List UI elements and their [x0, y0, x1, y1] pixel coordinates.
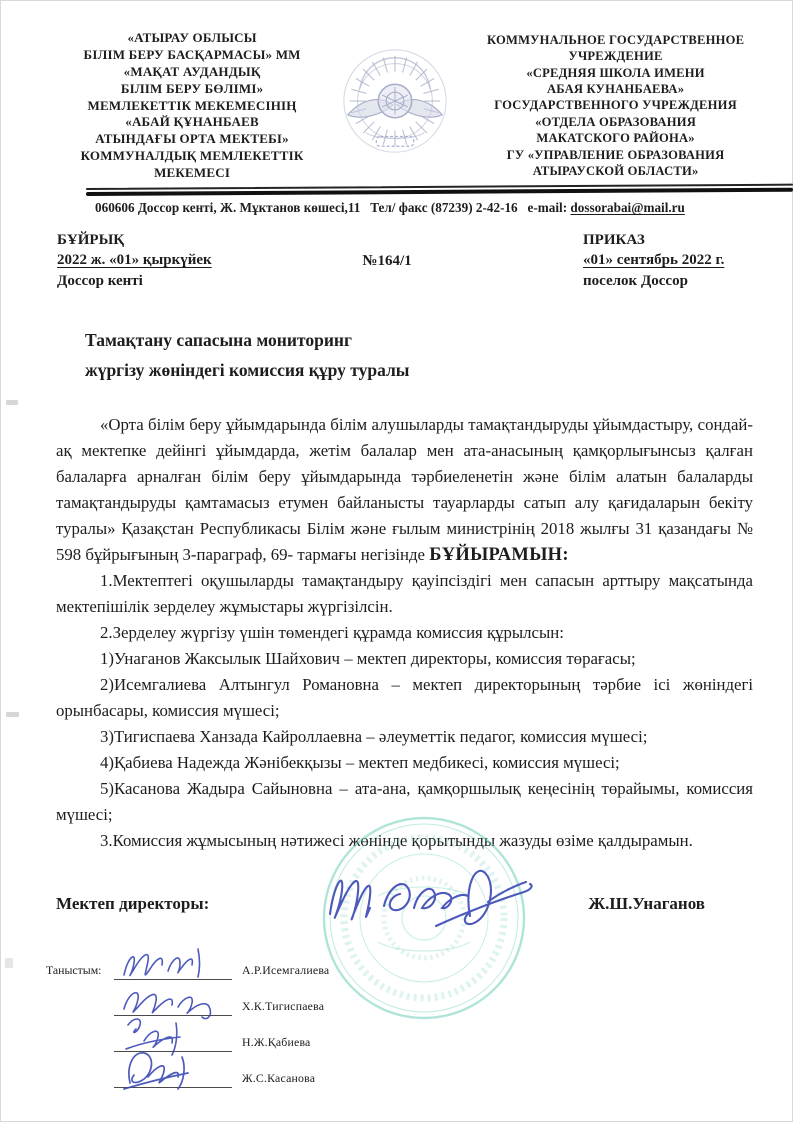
familiarization-row: Таныстым: А.Р.Исемгалиева: [46, 950, 793, 980]
org-line: МАКАТСКОГО РАЙОНА»: [456, 130, 775, 146]
org-line: МЕКЕМЕСІ: [52, 165, 332, 182]
title-line: жүргізу жөніндегі комиссия құру туралы: [85, 355, 793, 386]
org-line: КОММУНАЛЬНОЕ ГОСУДАРСТВЕННОЕ: [456, 32, 775, 48]
org-line: ГОСУДАРСТВЕННОГО УЧРЕЖДЕНИЯ: [456, 97, 775, 113]
order-place-kazakh: Доссор кенті: [57, 271, 307, 291]
organization-name-kazakh: «АТЫРАУ ОБЛЫСЫ БІЛІМ БЕРУ БАСҚАРМАСЫ» ММ…: [52, 26, 332, 182]
member-name: Х.К.Тигиспаева: [242, 999, 324, 1016]
scanned-order-document: «АТЫРАУ ОБЛЫСЫ БІЛІМ БЕРУ БАСҚАРМАСЫ» ММ…: [0, 0, 793, 1122]
document-title: Тамақтану сапасына мониторинг жүргізу жө…: [85, 325, 793, 386]
director-name: Ж.Ш.Унаганов: [588, 894, 705, 914]
order-meta-russian: ПРИКАЗ «01» сентябрь 2022 г. поселок Дос…: [583, 230, 771, 291]
order-meta-kazakh: БҰЙРЫҚ 2022 ж. «01» қыркүйек Доссор кент…: [57, 230, 307, 291]
letterhead: «АТЫРАУ ОБЛЫСЫ БІЛІМ БЕРУ БАСҚАРМАСЫ» ММ…: [0, 0, 793, 182]
director-label: Мектеп директоры:: [56, 894, 209, 914]
intro-text: «Орта білім беру ұйымдарында білім алушы…: [56, 415, 753, 564]
address-text: 060606 Доссор кенті, Ж. Мұктанов көшесі,…: [95, 200, 570, 215]
member-name: Н.Ж.Қабиева: [242, 1035, 311, 1052]
org-line: «МАҚАТ АУДАНДЫҚ: [52, 64, 332, 81]
org-line: АБАЯ КУНАНБАЕВА»: [456, 81, 775, 97]
order-meta-block: БҰЙРЫҚ 2022 ж. «01» қыркүйек Доссор кент…: [57, 230, 793, 291]
org-line: ГУ «УПРАВЛЕНИЕ ОБРАЗОВАНИЯ: [456, 147, 775, 163]
body-item: 3)Тигиспаева Ханзада Кайроллаевна – әлеу…: [56, 724, 753, 750]
order-body: «Орта білім беру ұйымдарында білім алушы…: [56, 412, 753, 854]
body-item: 2)Исемгалиева Алтынгул Романовна – мекте…: [56, 672, 753, 724]
org-line: БІЛІМ БЕРУ БАСҚАРМАСЫ» ММ: [52, 47, 332, 64]
familiarization-block: Таныстым: А.Р.Исемгалиева: [46, 950, 793, 1088]
address-contact-line: 060606 Доссор кенті, Ж. Мұктанов көшесі,…: [95, 200, 793, 216]
familiarization-label: Таныстым:: [46, 963, 114, 980]
kazakhstan-emblem-icon: [336, 38, 454, 173]
order-number: №164/1: [307, 230, 467, 291]
decree-word: БҰЙЫРАМЫН:: [429, 545, 569, 565]
org-line: БІЛІМ БЕРУ БӨЛІМІ»: [52, 81, 332, 98]
scan-artifact: [6, 400, 18, 405]
header-separator: [86, 184, 793, 196]
familiarization-row: Ж.С.Касанова: [46, 1058, 793, 1088]
signature-row: Мектеп директоры: Ж.Ш.Унаганов: [56, 894, 705, 914]
body-item: 3.Комиссия жұмысының нәтижесі жөнінде қо…: [56, 828, 753, 854]
member-signature-icon: [118, 1043, 210, 1095]
scan-artifact: [5, 958, 13, 968]
org-line: «СРЕДНЯЯ ШКОЛА ИМЕНИ: [456, 65, 775, 81]
body-item: 1.Мектептегі оқушыларды тамақтандыру қау…: [56, 568, 753, 620]
organization-name-russian: КОММУНАЛЬНОЕ ГОСУДАРСТВЕННОЕ УЧРЕЖДЕНИЕ …: [456, 26, 775, 179]
org-line: МЕМЛЕКЕТТІК МЕКЕМЕСІНІҢ: [52, 98, 332, 115]
body-item: 2.Зерделеу жүргізу үшін төмендегі құрамд…: [56, 620, 753, 646]
org-line: АТЫРАУСКОЙ ОБЛАСТИ»: [456, 163, 775, 179]
body-item: 1)Унаганов Жаксылык Шайхович – мектеп ди…: [56, 646, 753, 672]
body-intro-paragraph: «Орта білім беру ұйымдарында білім алушы…: [56, 412, 753, 568]
order-place-russian: поселок Доссор: [583, 271, 771, 291]
signature-line: [114, 949, 232, 980]
order-word-kazakh: БҰЙРЫҚ: [57, 230, 307, 250]
title-line: Тамақтану сапасына мониторинг: [85, 325, 793, 356]
org-line: АТЫНДАҒЫ ОРТА МЕКТЕБІ»: [52, 131, 332, 148]
org-line: КОММУНАЛДЫҚ МЕМЛЕКЕТТІК: [52, 148, 332, 165]
body-item: 5)Касанова Жадыра Сайыновна – ата-ана, қ…: [56, 776, 753, 828]
org-line: «АТЫРАУ ОБЛЫСЫ: [52, 30, 332, 47]
org-line: «ОТДЕЛА ОБРАЗОВАНИЯ: [456, 114, 775, 130]
body-item: 4)Қабиева Надежда Жәнібекқызы – мектеп м…: [56, 750, 753, 776]
order-date-russian: «01» сентябрь 2022 г.: [583, 250, 771, 270]
scan-artifact: [6, 712, 19, 717]
org-line: УЧРЕЖДЕНИЕ: [456, 48, 775, 64]
org-line: «АБАЙ ҚҰНАНБАЕВ: [52, 114, 332, 131]
email-text: dossorabai@mail.ru: [570, 200, 684, 215]
member-name: А.Р.Исемгалиева: [242, 963, 329, 980]
member-name: Ж.С.Касанова: [242, 1071, 315, 1088]
order-date-kazakh: 2022 ж. «01» қыркүйек: [57, 250, 307, 270]
order-word-russian: ПРИКАЗ: [583, 230, 771, 250]
signature-line: [114, 1057, 232, 1088]
